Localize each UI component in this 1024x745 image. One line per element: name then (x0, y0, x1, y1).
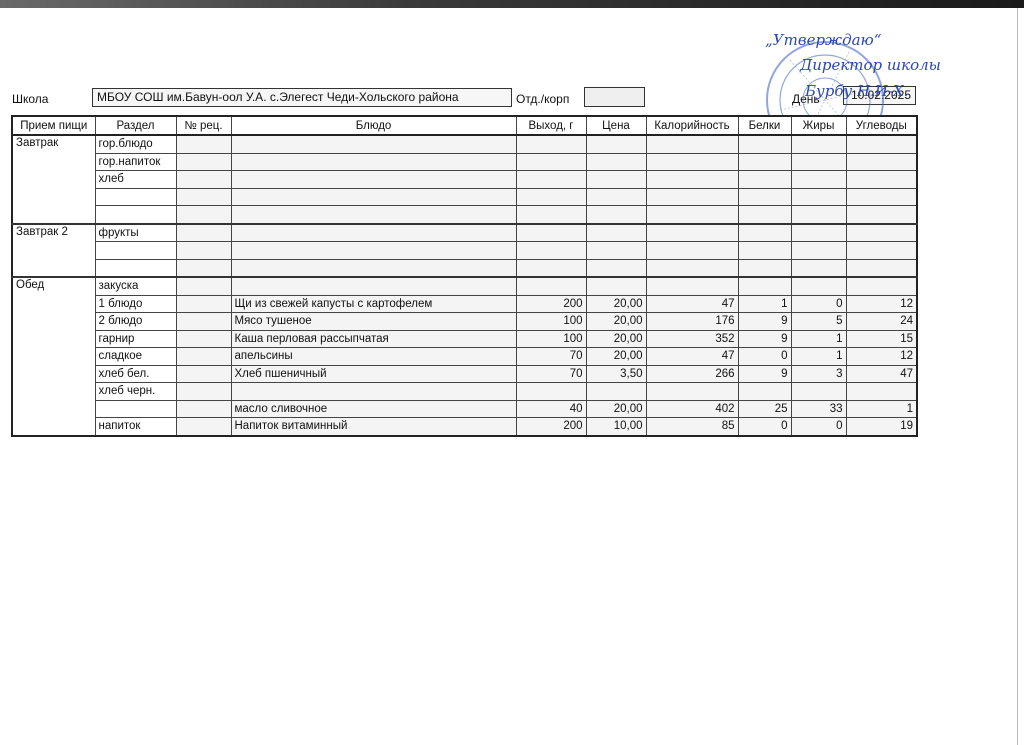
col-section: Раздел (95, 116, 176, 135)
approval-line-2: Директор школы (799, 56, 941, 74)
proteins-cell: 25 (738, 400, 791, 418)
proteins-cell (738, 153, 791, 171)
carbs-cell (846, 135, 917, 153)
table-row: хлеб (12, 171, 917, 189)
recipe-cell (176, 277, 231, 295)
yield-cell (516, 135, 586, 153)
section-cell: хлеб бел. (95, 365, 176, 383)
calories-cell: 176 (646, 313, 738, 331)
fats-cell: 0 (791, 418, 846, 436)
price-cell (586, 153, 646, 171)
proteins-cell: 9 (738, 365, 791, 383)
school-field[interactable]: МБОУ СОШ им.Бавун-оол У.А. с.Элегест Чед… (92, 88, 512, 107)
yield-cell: 100 (516, 330, 586, 348)
section-cell (95, 400, 176, 418)
price-cell: 20,00 (586, 348, 646, 366)
fats-cell (791, 153, 846, 171)
section-cell: сладкое (95, 348, 176, 366)
table-row: Завтрак 2фрукты (12, 224, 917, 242)
recipe-cell (176, 242, 231, 260)
yield-cell (516, 153, 586, 171)
fats-cell: 1 (791, 348, 846, 366)
scan-edge-right (1017, 8, 1018, 745)
dish-cell (231, 383, 516, 401)
dish-cell (231, 277, 516, 295)
section-cell (95, 259, 176, 277)
yield-cell (516, 206, 586, 224)
calories-cell: 352 (646, 330, 738, 348)
dish-cell: Напиток витаминный (231, 418, 516, 436)
section-cell: гор.напиток (95, 153, 176, 171)
carbs-cell (846, 259, 917, 277)
yield-cell: 70 (516, 348, 586, 366)
calories-cell (646, 135, 738, 153)
fats-cell (791, 135, 846, 153)
calories-cell: 402 (646, 400, 738, 418)
col-proteins: Белки (738, 116, 791, 135)
yield-cell (516, 259, 586, 277)
fats-cell (791, 206, 846, 224)
calories-cell (646, 383, 738, 401)
proteins-cell (738, 277, 791, 295)
dept-label: Отд./корп (516, 92, 569, 106)
fats-cell (791, 259, 846, 277)
calories-cell (646, 188, 738, 206)
price-cell: 3,50 (586, 365, 646, 383)
section-cell: хлеб черн. (95, 383, 176, 401)
price-cell (586, 188, 646, 206)
proteins-cell (738, 383, 791, 401)
calories-cell (646, 242, 738, 260)
price-cell (586, 171, 646, 189)
dish-cell (231, 206, 516, 224)
fats-cell: 0 (791, 295, 846, 313)
fats-cell (791, 171, 846, 189)
dish-cell: Мясо тушеное (231, 313, 516, 331)
yield-cell (516, 224, 586, 242)
table-row: гарнирКаша перловая рассыпчатая10020,003… (12, 330, 917, 348)
proteins-cell (738, 242, 791, 260)
yield-cell: 40 (516, 400, 586, 418)
section-cell: 2 блюдо (95, 313, 176, 331)
day-field[interactable]: 10.02.2025 (843, 86, 916, 105)
price-cell (586, 206, 646, 224)
carbs-cell (846, 171, 917, 189)
calories-cell (646, 171, 738, 189)
fats-cell (791, 188, 846, 206)
meal-cell: Завтрак 2 (12, 224, 95, 278)
recipe-cell (176, 330, 231, 348)
proteins-cell (738, 224, 791, 242)
meal-cell: Завтрак (12, 135, 95, 224)
carbs-cell (846, 206, 917, 224)
table-row: Завтракгор.блюдо (12, 135, 917, 153)
table-row (12, 188, 917, 206)
day-label: День (792, 92, 820, 106)
proteins-cell: 9 (738, 330, 791, 348)
table-row: хлеб черн. (12, 383, 917, 401)
col-price: Цена (586, 116, 646, 135)
section-cell (95, 242, 176, 260)
table-row (12, 259, 917, 277)
carbs-cell (846, 277, 917, 295)
recipe-cell (176, 295, 231, 313)
carbs-cell (846, 188, 917, 206)
proteins-cell: 0 (738, 418, 791, 436)
fats-cell: 3 (791, 365, 846, 383)
dish-cell (231, 259, 516, 277)
dept-field[interactable] (584, 87, 645, 107)
proteins-cell (738, 259, 791, 277)
recipe-cell (176, 418, 231, 436)
carbs-cell: 1 (846, 400, 917, 418)
yield-cell: 100 (516, 313, 586, 331)
col-carbs: Углеводы (846, 116, 917, 135)
dish-cell: апельсины (231, 348, 516, 366)
col-fats: Жиры (791, 116, 846, 135)
calories-cell (646, 206, 738, 224)
calories-cell (646, 259, 738, 277)
dish-cell: Каша перловая рассыпчатая (231, 330, 516, 348)
calories-cell: 266 (646, 365, 738, 383)
fats-cell (791, 277, 846, 295)
price-cell: 10,00 (586, 418, 646, 436)
dish-cell (231, 224, 516, 242)
fats-cell (791, 242, 846, 260)
dish-cell (231, 153, 516, 171)
recipe-cell (176, 348, 231, 366)
yield-cell (516, 277, 586, 295)
proteins-cell: 9 (738, 313, 791, 331)
carbs-cell: 15 (846, 330, 917, 348)
yield-cell (516, 242, 586, 260)
fats-cell (791, 383, 846, 401)
carbs-cell: 12 (846, 348, 917, 366)
carbs-cell (846, 242, 917, 260)
calories-cell (646, 153, 738, 171)
recipe-cell (176, 313, 231, 331)
section-cell (95, 206, 176, 224)
col-dish: Блюдо (231, 116, 516, 135)
fats-cell (791, 224, 846, 242)
scan-edge (0, 0, 1024, 8)
section-cell: хлеб (95, 171, 176, 189)
price-cell (586, 259, 646, 277)
carbs-cell: 47 (846, 365, 917, 383)
recipe-cell (176, 153, 231, 171)
approval-line-1: „Утверждаю“ (765, 31, 882, 49)
yield-cell (516, 383, 586, 401)
proteins-cell (738, 188, 791, 206)
col-meal: Прием пищи (12, 116, 95, 135)
section-cell (95, 188, 176, 206)
recipe-cell (176, 206, 231, 224)
yield-cell: 200 (516, 295, 586, 313)
calories-cell (646, 277, 738, 295)
recipe-cell (176, 135, 231, 153)
recipe-cell (176, 171, 231, 189)
carbs-cell: 19 (846, 418, 917, 436)
carbs-cell (846, 224, 917, 242)
fats-cell: 1 (791, 330, 846, 348)
menu-table: Прием пищи Раздел № рец. Блюдо Выход, г … (11, 115, 918, 437)
school-label: Школа (12, 92, 48, 106)
table-header-row: Прием пищи Раздел № рец. Блюдо Выход, г … (12, 116, 917, 135)
dish-cell (231, 135, 516, 153)
table-row: масло сливочное4020,0040225331 (12, 400, 917, 418)
yield-cell: 70 (516, 365, 586, 383)
proteins-cell (738, 171, 791, 189)
table-row (12, 242, 917, 260)
carbs-cell (846, 383, 917, 401)
table-row: сладкоеапельсины7020,00470112 (12, 348, 917, 366)
carbs-cell: 24 (846, 313, 917, 331)
section-cell: гор.блюдо (95, 135, 176, 153)
price-cell (586, 383, 646, 401)
dish-cell: Хлеб пшеничный (231, 365, 516, 383)
table-row: 1 блюдоЩи из свежей капусты с картофелем… (12, 295, 917, 313)
recipe-cell (176, 400, 231, 418)
proteins-cell: 1 (738, 295, 791, 313)
carbs-cell (846, 153, 917, 171)
proteins-cell: 0 (738, 348, 791, 366)
proteins-cell (738, 206, 791, 224)
price-cell (586, 242, 646, 260)
price-cell (586, 277, 646, 295)
col-recipe: № рец. (176, 116, 231, 135)
price-cell: 20,00 (586, 295, 646, 313)
recipe-cell (176, 188, 231, 206)
table-row: Обедзакуска (12, 277, 917, 295)
dish-cell: масло сливочное (231, 400, 516, 418)
col-calories: Калорийность (646, 116, 738, 135)
calories-cell: 47 (646, 348, 738, 366)
price-cell (586, 224, 646, 242)
dish-cell (231, 188, 516, 206)
fats-cell: 33 (791, 400, 846, 418)
dish-cell (231, 171, 516, 189)
table-row: хлеб бел.Хлеб пшеничный703,502669347 (12, 365, 917, 383)
table-row: 2 блюдоМясо тушеное10020,001769524 (12, 313, 917, 331)
dish-cell: Щи из свежей капусты с картофелем (231, 295, 516, 313)
yield-cell: 200 (516, 418, 586, 436)
calories-cell: 85 (646, 418, 738, 436)
table-row: напитокНапиток витаминный20010,00850019 (12, 418, 917, 436)
section-cell: закуска (95, 277, 176, 295)
fats-cell: 5 (791, 313, 846, 331)
recipe-cell (176, 365, 231, 383)
proteins-cell (738, 135, 791, 153)
price-cell: 20,00 (586, 330, 646, 348)
calories-cell (646, 224, 738, 242)
yield-cell (516, 171, 586, 189)
dish-cell (231, 242, 516, 260)
section-cell: 1 блюдо (95, 295, 176, 313)
meal-cell: Обед (12, 277, 95, 436)
carbs-cell: 12 (846, 295, 917, 313)
table-row: гор.напиток (12, 153, 917, 171)
price-cell (586, 135, 646, 153)
recipe-cell (176, 259, 231, 277)
col-yield: Выход, г (516, 116, 586, 135)
yield-cell (516, 188, 586, 206)
recipe-cell (176, 383, 231, 401)
price-cell: 20,00 (586, 400, 646, 418)
price-cell: 20,00 (586, 313, 646, 331)
recipe-cell (176, 224, 231, 242)
section-cell: фрукты (95, 224, 176, 242)
calories-cell: 47 (646, 295, 738, 313)
table-row (12, 206, 917, 224)
section-cell: напиток (95, 418, 176, 436)
section-cell: гарнир (95, 330, 176, 348)
